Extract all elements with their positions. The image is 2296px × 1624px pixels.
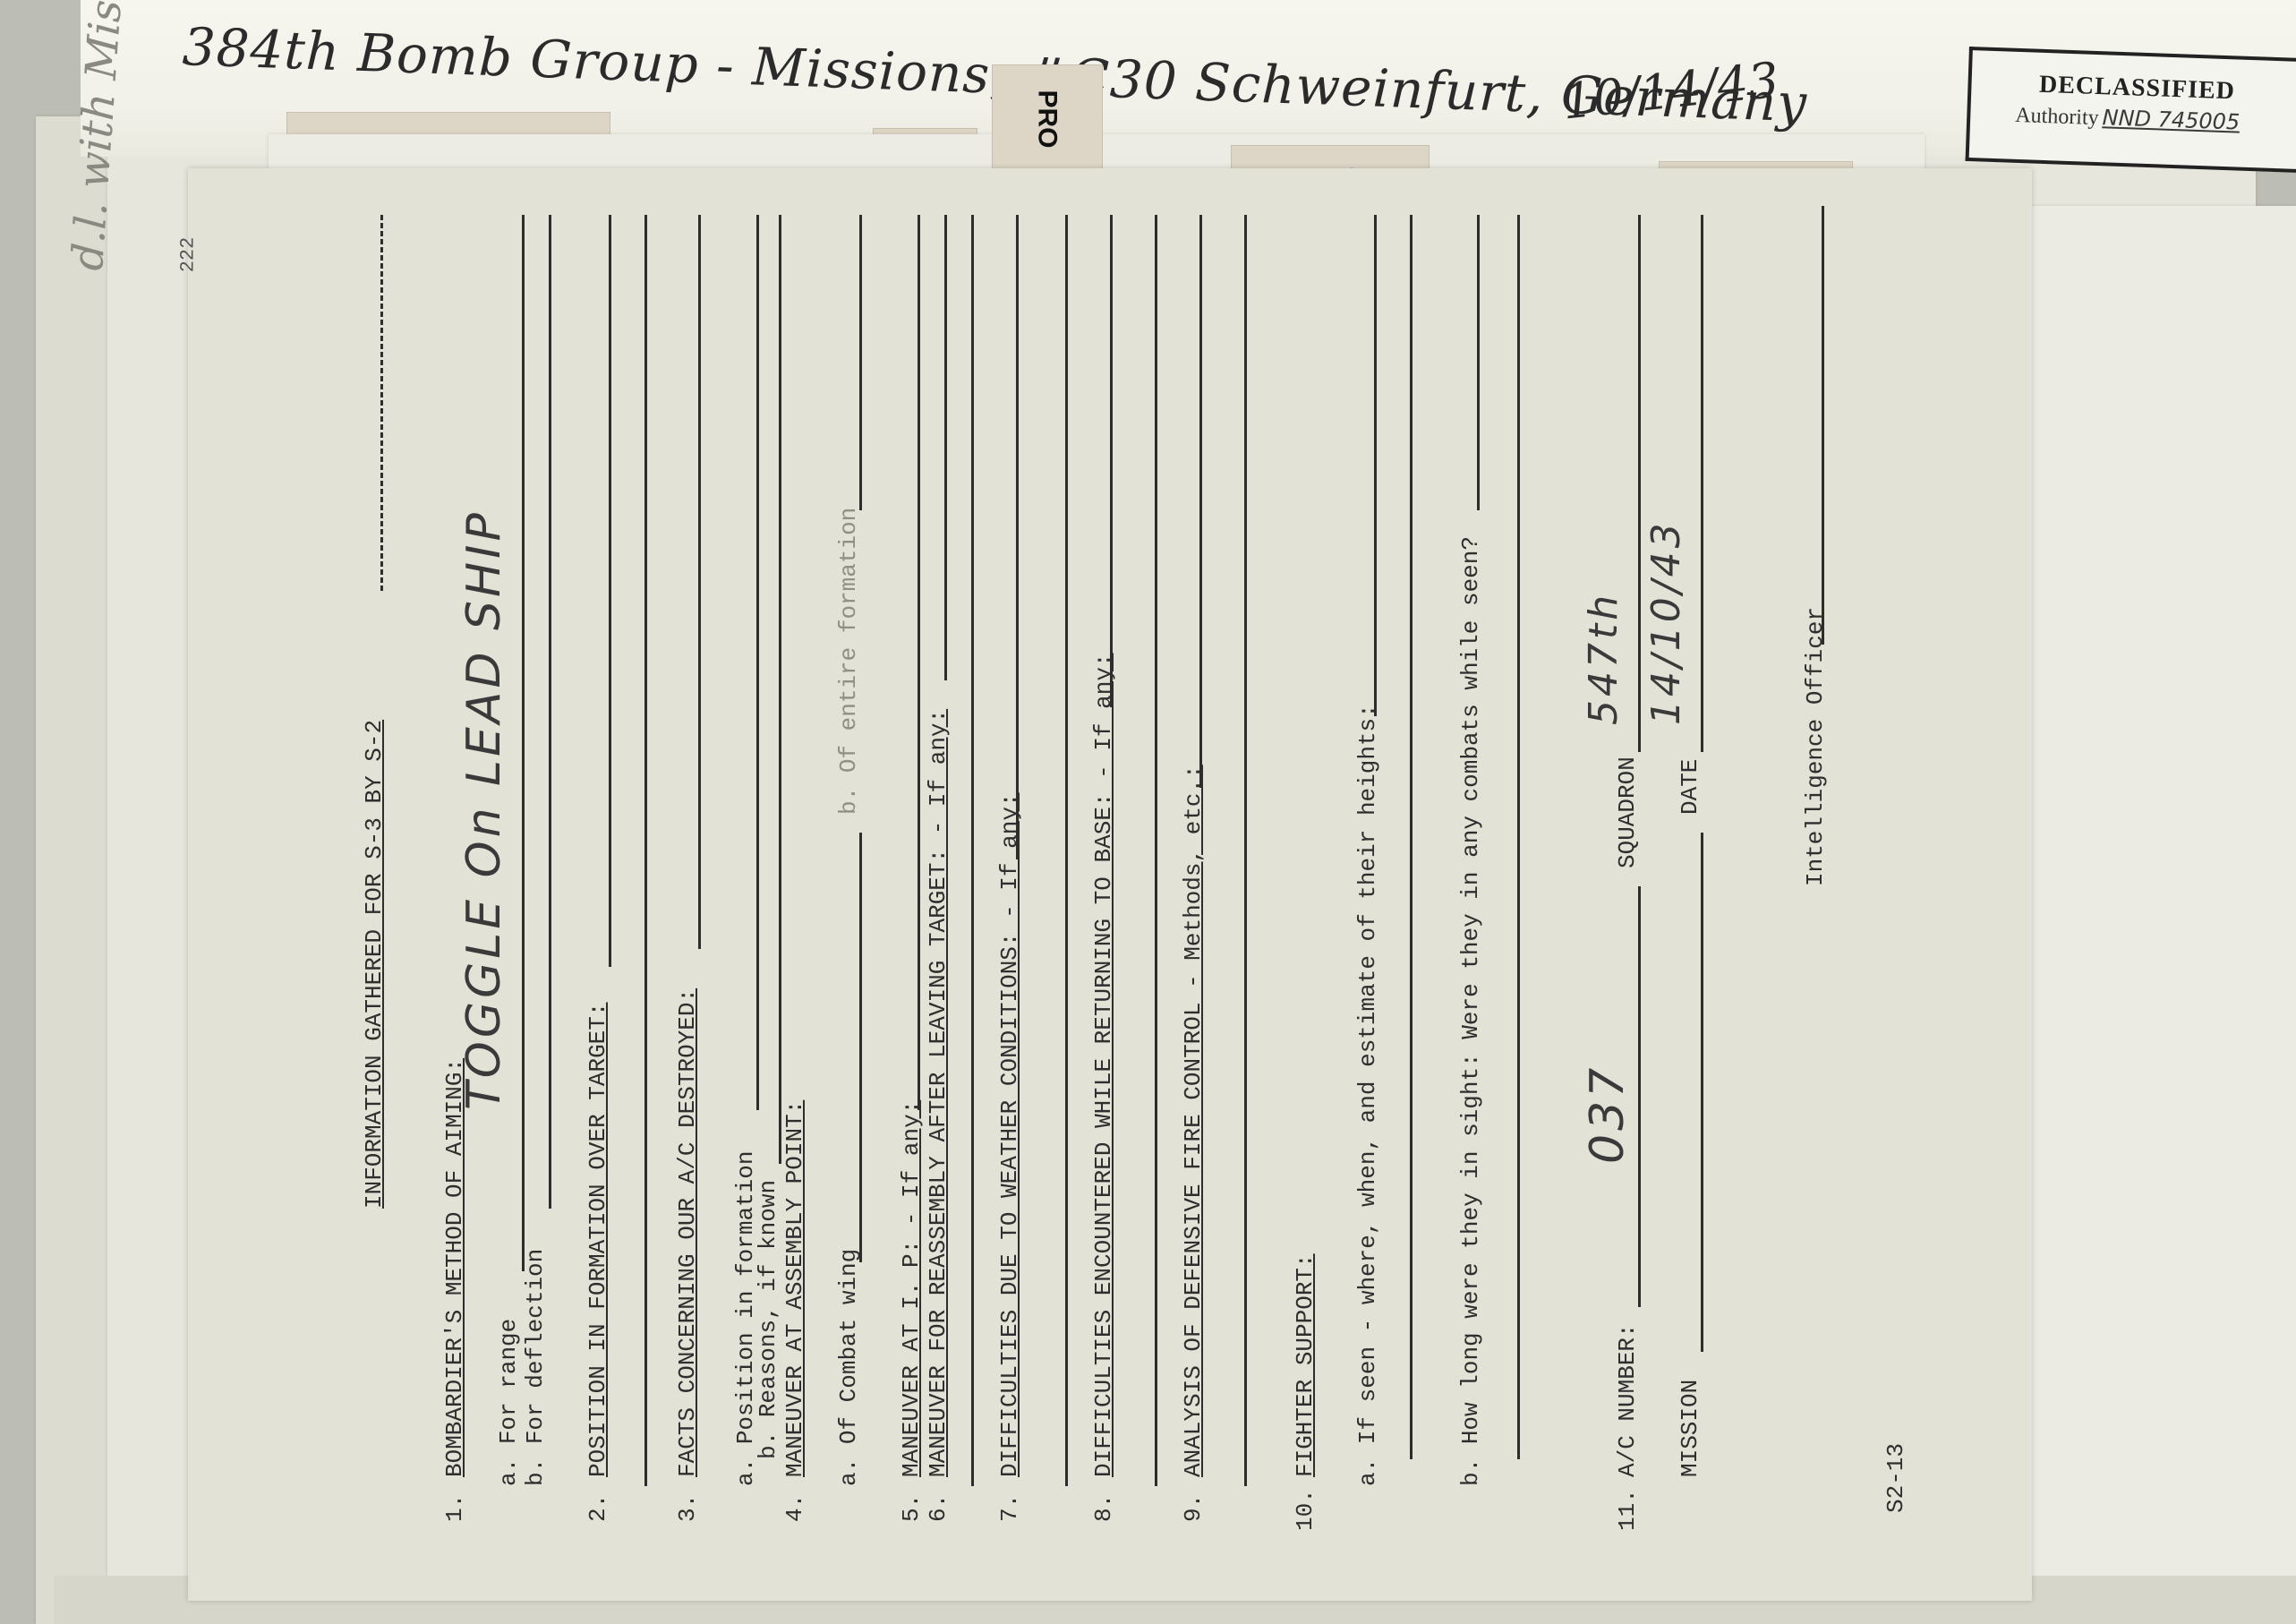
item-3b: b. Reasons, if known — [756, 1180, 780, 1459]
item-10-number: 10. — [1293, 1489, 1317, 1531]
mission-field[interactable] — [1701, 833, 1703, 1352]
item-10b-answer-line-2[interactable] — [1517, 215, 1520, 1459]
intelligence-form: INFORMATION GATHERED FOR S-3 BY S-2 1. B… — [201, 179, 1857, 1611]
item-1a-answer-line[interactable] — [522, 215, 525, 1271]
item-5-answer-line[interactable] — [918, 215, 920, 1110]
item-5-number: 5. — [900, 1494, 923, 1522]
item-9-label: ANALYSIS OF DEFENSIVE FIRE CONTROL - Met… — [1182, 765, 1205, 1477]
item-3-answer-line[interactable] — [698, 215, 701, 949]
item-3b-answer-line[interactable] — [779, 215, 781, 1164]
stamp-authority: AuthorityNND 745005 — [2015, 102, 2296, 138]
item-7-answer-line-2[interactable] — [1065, 215, 1068, 1486]
item-6-answer-line[interactable] — [944, 215, 947, 680]
item-3a-answer-line[interactable] — [756, 215, 759, 1110]
item-4-label: MANEUVER AT ASSEMBLY POINT: — [783, 1100, 807, 1477]
item-1b-answer-line[interactable] — [549, 215, 551, 1209]
squadron-value: 547th — [1584, 592, 1624, 725]
stamp-authority-label: Authority — [2015, 104, 2099, 130]
tab-label: PRO — [1032, 90, 1063, 148]
item-11-label: A/C NUMBER: — [1616, 1323, 1639, 1477]
item-9-answer-line-2[interactable] — [1244, 215, 1247, 1486]
squadron-field[interactable] — [1638, 215, 1641, 752]
item-4b-answer-line[interactable] — [859, 215, 862, 510]
date-value: 14/10/43 — [1647, 519, 1686, 725]
item-10-label: FIGHTER SUPPORT: — [1293, 1253, 1317, 1477]
item-1-handwritten-answer: TOGGLE On LEAD SHIP — [461, 509, 508, 1110]
item-10a-answer-line[interactable] — [1374, 215, 1377, 716]
item-10a-answer-line-2[interactable] — [1410, 215, 1413, 1459]
item-9-number: 9. — [1182, 1494, 1205, 1522]
divider-tab-pro[interactable]: PRO — [992, 64, 1103, 174]
item-2-answer-line-2[interactable] — [644, 215, 647, 1486]
corner-mark: 222 — [176, 237, 199, 273]
item-6-number: 6. — [926, 1494, 950, 1522]
form-title: INFORMATION GATHERED FOR S-3 BY S-2 — [363, 720, 386, 1209]
item-8-answer-line-2[interactable] — [1155, 215, 1157, 1486]
item-6-answer-line-2[interactable] — [971, 215, 974, 1486]
declassified-stamp: DECLASSIFIED AuthorityNND 745005 — [1966, 47, 2296, 173]
stamp-authority-value: NND 745005 — [2102, 105, 2241, 134]
item-10b-answer-line[interactable] — [1477, 215, 1480, 510]
item-1-label: BOMBARDIER'S METHOD OF AIMING: — [443, 1058, 466, 1477]
item-8-number: 8. — [1092, 1494, 1115, 1522]
item-2-answer-line[interactable] — [609, 215, 611, 967]
item-4b: b. Of entire formation — [837, 508, 860, 815]
item-3-label: FACTS CONCERNING OUR A/C DESTROYED: — [676, 988, 699, 1477]
item-3-number: 3. — [676, 1494, 699, 1522]
item-1a: a. For range — [497, 1319, 520, 1486]
item-7-number: 7. — [998, 1494, 1021, 1522]
item-4a: a. Of Combat wing — [837, 1249, 860, 1486]
item-6-label: MANEUVER FOR REASSEMBLY AFTER LEAVING TA… — [926, 709, 950, 1477]
item-7-label: DIFFICULTIES DUE TO WEATHER CONDITIONS: … — [998, 792, 1021, 1477]
mission-label: MISSION — [1678, 1380, 1702, 1477]
squadron-label: SQUADRON — [1616, 756, 1639, 868]
item-8-label: DIFFICULTIES ENCOUNTERED WHILE RETURNING… — [1092, 653, 1115, 1477]
item-11-number: 11. — [1616, 1489, 1639, 1531]
ac-number-field[interactable] — [1638, 886, 1641, 1307]
ac-number-value: 037 — [1584, 1064, 1631, 1164]
form-number: S2-13 — [1884, 1443, 1908, 1513]
item-2-label: POSITION IN FORMATION OVER TARGET: — [586, 1003, 610, 1478]
date-label: DATE — [1678, 759, 1702, 815]
item-9-answer-line[interactable] — [1199, 215, 1202, 788]
intelligence-officer-label: Intelligence Officer — [1804, 607, 1827, 886]
item-5-label: MANEUVER AT I. P: - If any: — [900, 1100, 923, 1477]
intelligence-officer-signature-line[interactable] — [1822, 206, 1824, 645]
date-field[interactable] — [1701, 215, 1703, 752]
item-2-number: 2. — [586, 1494, 610, 1522]
item-7-answer-line[interactable] — [1016, 215, 1019, 859]
item-4-number: 4. — [783, 1494, 807, 1522]
item-1b: b. For deflection — [524, 1249, 547, 1486]
title-dash-line — [380, 215, 383, 591]
item-10a: a. If seen - where, when, and estimate o… — [1356, 704, 1379, 1486]
item-10b: b. How long were they in sight: Were the… — [1459, 536, 1482, 1486]
item-4a-answer-line[interactable] — [859, 833, 862, 1262]
item-1-number: 1. — [443, 1494, 466, 1522]
item-8-answer-line[interactable] — [1110, 215, 1113, 707]
